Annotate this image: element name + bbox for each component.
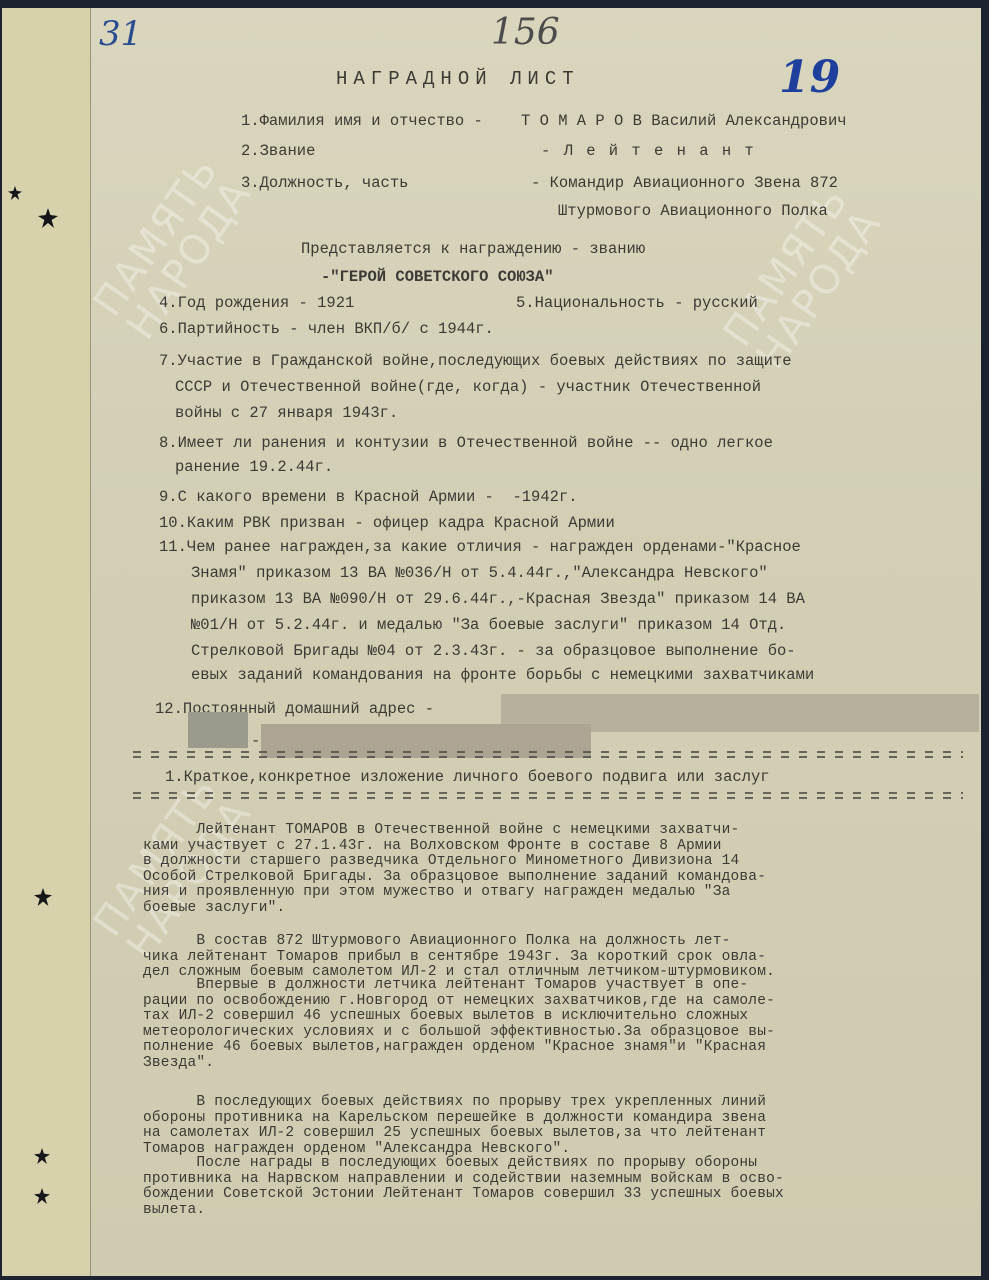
narrative-line: полнение 46 боевых вылетов,награжден орд… (143, 1040, 775, 1056)
narrative-line: ния и проявленную при этом мужество и от… (143, 885, 766, 901)
narrative-paragraph: В состав 872 Штурмового Авиационного Пол… (143, 934, 775, 981)
watermark-text: НАРОДА (750, 203, 888, 376)
field-position-label: 3.Должность, часть (241, 174, 408, 192)
narrative-line: боевые заслуги". (143, 901, 766, 917)
handwritten-sheet-number: 19 (779, 52, 840, 103)
item-wounds: 8.Имеет ли ранения и контузии в Отечеств… (159, 434, 773, 452)
separator-line (133, 751, 963, 759)
award-sheet-page: ПАМЯТЬ НАРОДА ПАМЯТЬ НАРОДА ПАМЯТЬ НАРОД… (90, 8, 981, 1276)
watermark: ПАМЯТЬ НАРОДА (90, 150, 258, 346)
field-position-value: Штурмового Авиационного Полка (558, 202, 828, 220)
narrative-line: Впервые в должности летчика лейтенант То… (143, 978, 775, 994)
punch-hole-icon (8, 186, 22, 200)
handwritten-archive-number: 31 (99, 14, 142, 54)
narrative-paragraph: После награды в последующих боевых дейст… (143, 1156, 784, 1218)
item-previous-awards: евых заданий командования на фронте борь… (191, 666, 814, 684)
item-previous-awards: 11.Чем ранее награжден,за какие отличия … (159, 538, 801, 556)
narrative-line: В состав 872 Штурмового Авиационного Пол… (143, 934, 775, 950)
item-previous-awards: приказом 13 ВА №090/Н от 29.6.44г.,-Крас… (191, 590, 805, 608)
narrative-line: Звезда". (143, 1056, 775, 1072)
narrative-line: В последующих боевых действиях по прорыв… (143, 1095, 766, 1111)
narrative-paragraph: Лейтенант ТОМАРОВ в Отечественной войне … (143, 823, 766, 917)
narrative-line: обороны противника на Карельском перешей… (143, 1111, 766, 1127)
field-rank-label: 2.Звание (241, 142, 315, 160)
narrative-line: бождении Советской Эстонии Лейтенант Том… (143, 1187, 784, 1203)
punch-hole-icon (34, 1148, 50, 1164)
item-previous-awards: Стрелковой Бригады №04 от 2.3.43г. - за … (191, 642, 796, 660)
narrative-line: чика лейтенант Томаров прибыл в сентябре… (143, 950, 775, 966)
section-heading: 1.Краткое,конкретное изложение личного б… (165, 768, 770, 786)
narrative-line: вылета. (143, 1203, 784, 1219)
narrative-line: После награды в последующих боевых дейст… (143, 1156, 784, 1172)
item-service-since: 9.С какого времени в Красной Армии - -19… (159, 488, 578, 506)
item-participation: СССР и Отечественной войне(где, когда) -… (175, 378, 761, 396)
narrative-line: в должности старшего разведчика Отдельно… (143, 854, 766, 870)
item-nationality: 5.Национальность - русский (516, 294, 758, 312)
field-name-value: Т О М А Р О В Василий Александрович (521, 112, 847, 130)
punch-hole-icon (34, 1188, 50, 1204)
item-party: 6.Партийность - член ВКП/б/ с 1944г. (159, 320, 494, 338)
item-participation: 7.Участие в Гражданской войне,последующи… (159, 352, 792, 370)
narrative-line: противника на Нарвском направлении и сод… (143, 1172, 784, 1188)
handwritten-page-number: 156 (491, 12, 560, 53)
nomination-line: Представляется к награждению - званию (301, 240, 645, 258)
field-rank-value: - Л е й т е н а н т (541, 142, 756, 160)
item-birth-year: 4.Год рождения - 1921 (159, 294, 354, 312)
narrative-line: рации по освобождению г.Новгород от неме… (143, 994, 775, 1010)
field-position-value: - Командир Авиационного Звена 872 (531, 174, 838, 192)
field-name-label: 1.Фамилия имя и отчество - (241, 112, 483, 130)
item-previous-awards: №01/Н от 5.2.44г. и медалью "За боевые з… (191, 616, 786, 634)
narrative-line: Особой Стрелковой Бригады. За образцовое… (143, 870, 766, 886)
item-previous-awards: Знамя" приказом 13 ВА №036/Н от 5.4.44г.… (191, 564, 768, 582)
item-participation: войны с 27 января 1943г. (175, 404, 398, 422)
item-drafted-by: 10.Каким РВК призван - офицер кадра Крас… (159, 514, 615, 532)
nomination-title: -"ГЕРОЙ СОВЕТСКОГО СОЮЗА" (321, 268, 554, 286)
back-sheet (2, 8, 102, 1276)
address-dash: - (251, 732, 260, 750)
document-title: НАГРАДНОЙ ЛИСТ (336, 68, 580, 90)
narrative-line: на самолетах ИЛ-2 совершил 25 успешных б… (143, 1126, 766, 1142)
item-wounds: ранение 19.2.44г. (175, 458, 333, 476)
narrative-line: ками участвует с 27.1.43г. на Волховском… (143, 839, 766, 855)
narrative-paragraph: Впервые в должности летчика лейтенант То… (143, 978, 775, 1072)
narrative-line: тах ИЛ-2 совершил 46 успешных боевых выл… (143, 1009, 775, 1025)
separator-line (133, 792, 963, 800)
punch-hole-icon (38, 208, 58, 228)
redacted-block (188, 712, 248, 748)
narrative-line: Лейтенант ТОМАРОВ в Отечественной войне … (143, 823, 766, 839)
punch-hole-icon (34, 888, 52, 906)
narrative-paragraph: В последующих боевых действиях по прорыв… (143, 1095, 766, 1157)
